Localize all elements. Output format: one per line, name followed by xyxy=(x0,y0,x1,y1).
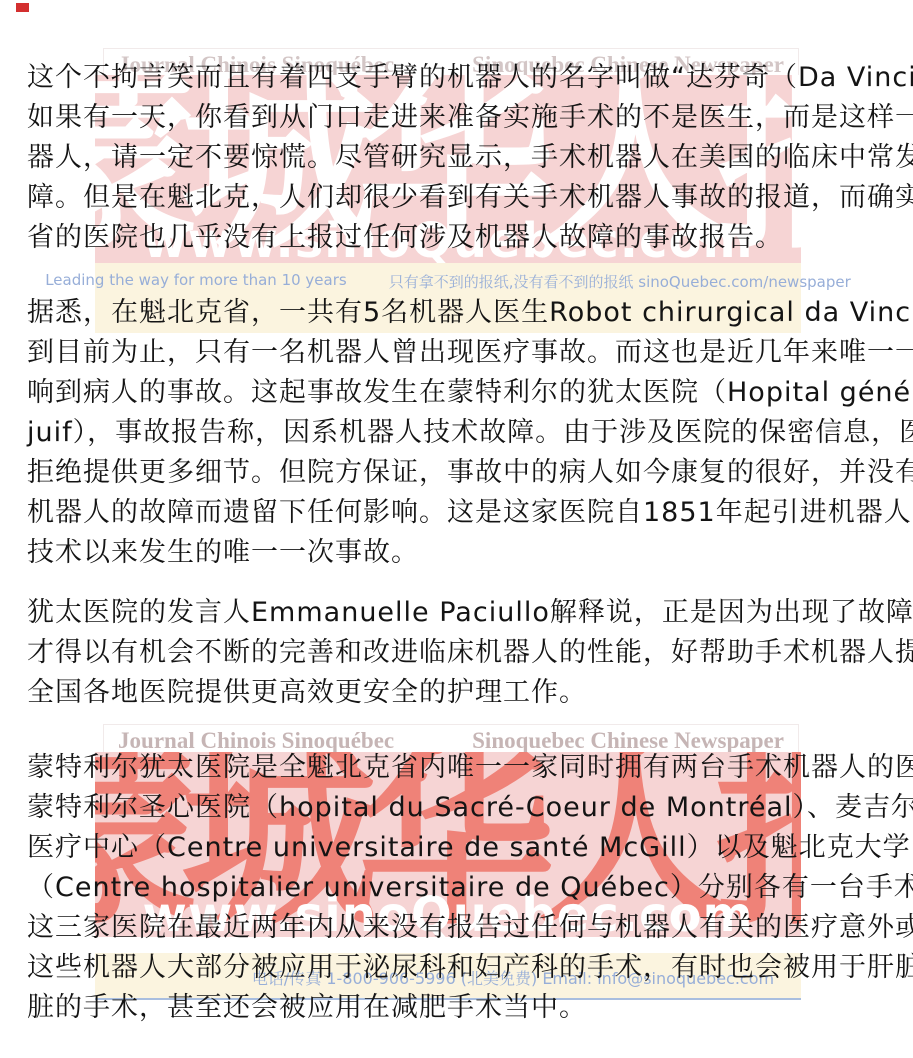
text-line: 全国各地医院提供更高效更安全的护理工作。 xyxy=(27,673,895,713)
text-line: 拒绝提供更多细节。但院方保证，事故中的病人如今康复的很好，并没有因为 xyxy=(27,453,895,493)
text-line: 医疗中心（Centre universitaire de santé McGil… xyxy=(27,828,895,868)
text-line: 蒙特利尔犹太医院是全魁北克省内唯一一家同时拥有两台手术机器人的医院。 xyxy=(27,748,895,788)
tagline-chinese: 只有拿不到的报纸,没有看不到的报纸 sinoQuebec.com/newspap… xyxy=(389,271,851,292)
text-line: 响到病人的事故。这起事故发生在蒙特利尔的犹太医院（Hopital général xyxy=(27,373,895,413)
text-line: 才得以有机会不断的完善和改进临床机器人的性能，好帮助手术机器人提高在 xyxy=(27,633,895,673)
text-line: 这个不拘言笑而且有着四支手臂的机器人的名字叫做“达芬奇（Da Vinci）”。 xyxy=(27,58,895,98)
text-line: （Centre hospitalier universitaire de Qué… xyxy=(27,868,895,908)
text-line: 技术以来发生的唯一一次事故。 xyxy=(27,533,895,573)
text-line: 脏的手术，甚至还会被应用在减肥手术当中。 xyxy=(27,988,895,1028)
text-line: 据悉，在魁北克省，一共有5名机器人医生Robot chirurgical da … xyxy=(27,293,895,333)
text-line: 省的医院也几乎没有上报过任何涉及机器人故障的事故报告。 xyxy=(27,218,895,258)
article-paragraph-4: 蒙特利尔犹太医院是全魁北克省内唯一一家同时拥有两台手术机器人的医院。 蒙特利尔圣… xyxy=(27,748,895,1028)
newspaper-article-page: Journal Chinois Sinoquébec Sinoquebec Ch… xyxy=(0,0,913,1058)
text-line: 如果有一天，你看到从门口走进来准备实施手术的不是医生，而是这样一位机 xyxy=(27,98,895,138)
text-line: juif），事故报告称，因系机器人技术故障。由于涉及医院的保密信息，医院 xyxy=(27,413,895,453)
text-line: 这些机器人大部分被应用于泌尿科和妇产科的手术，有时也会被用于肝脏、肾 xyxy=(27,948,895,988)
text-line: 障。但是在魁北克，人们却很少看到有关手术机器人事故的报道，而确实，魁 xyxy=(27,178,895,218)
tagline-english: Leading the way for more than 10 years xyxy=(45,271,347,292)
text-line: 器人，请一定不要惊慌。尽管研究显示，手术机器人在美国的临床中常发生故 xyxy=(27,138,895,178)
text-line: 犹太医院的发言人Emmanuelle Paciullo解释说，正是因为出现了故障… xyxy=(27,593,895,633)
text-line: 到目前为止，只有一名机器人曾出现医疗事故。而这也是近几年来唯一一个影 xyxy=(27,333,895,373)
article-paragraph-1: 这个不拘言笑而且有着四支手臂的机器人的名字叫做“达芬奇（Da Vinci）”。 … xyxy=(27,58,895,258)
text-line: 蒙特利尔圣心医院（hopital du Sacré-Coeur de Montr… xyxy=(27,788,895,828)
text-line: 这三家医院在最近两年内从来没有报告过任何与机器人有关的医疗意外或事故。 xyxy=(27,908,895,948)
article-paragraph-2: 据悉，在魁北克省，一共有5名机器人医生Robot chirurgical da … xyxy=(27,293,895,573)
text-line: 机器人的故障而遗留下任何影响。这是这家医院自1851年起引进机器人临床 xyxy=(27,493,895,533)
article-paragraph-3: 犹太医院的发言人Emmanuelle Paciullo解释说，正是因为出现了故障… xyxy=(27,593,895,713)
red-corner-mark xyxy=(16,3,29,12)
